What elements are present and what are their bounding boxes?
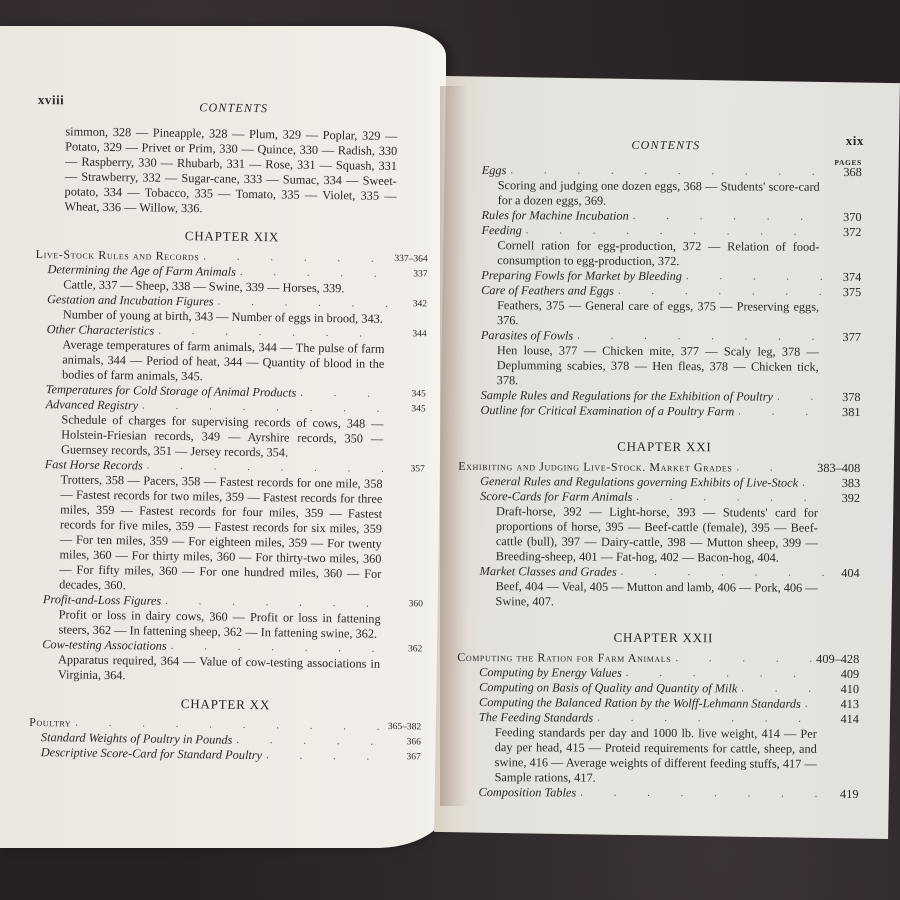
section-detail: Apparatus required, 364 — Value of cow-t… — [30, 652, 422, 687]
section-page: 345 — [392, 387, 426, 402]
toc-entry[interactable]: Outline for Critical Examination of a Po… — [468, 403, 860, 420]
section-page: 404 — [826, 566, 860, 581]
section-title: Market Classes and Grades — [468, 564, 617, 580]
section-title: Preparing Fowls for Market by Bleeding — [469, 268, 682, 284]
running-title: CONTENTS — [38, 98, 430, 118]
leader-dots: . . . . . . . . . — [622, 666, 825, 682]
section-title: Care of Feathers and Eggs — [469, 283, 614, 299]
leader-dots: . . . . — [734, 404, 826, 419]
section-title: Fast Horse Records — [33, 457, 143, 474]
leader-dots: . . — [732, 460, 817, 475]
page-range: 409–428 — [816, 652, 859, 667]
section-title: Advanced Registry — [34, 397, 139, 413]
running-title: CONTENTS — [470, 137, 862, 154]
section-page: 383 — [826, 476, 860, 491]
book-gutter — [440, 86, 468, 806]
leader-dots: . . . . . . . . . . — [617, 565, 826, 581]
section-detail: Schedule of charges for supervising reco… — [33, 412, 426, 462]
section-title: Profit-and-Loss Figures — [31, 592, 162, 609]
section-detail: Feathers, 375 — General care of eggs, 37… — [469, 298, 861, 330]
chapter-heading: CHAPTER XXII — [467, 629, 859, 646]
section-page: 366 — [387, 735, 421, 750]
section-detail: Average temperatures of farm animals, 34… — [34, 337, 427, 387]
section-page: 342 — [393, 297, 427, 312]
section-page: 409 — [825, 667, 859, 682]
running-head: CONTENTS xix — [470, 131, 862, 157]
section-page: 375 — [827, 285, 861, 300]
leader-dots: . . . . . . . . . . . . . — [573, 329, 827, 345]
chapter-heading: CHAPTER XIX — [36, 226, 428, 246]
chapter-title: Computing the Ration for Farm Animals — [457, 650, 671, 666]
section-detail: Draft-horse, 392 — Light-horse, 393 — St… — [468, 504, 860, 566]
section-title: General Rules and Regulations governing … — [468, 474, 798, 491]
section-title: Feeding — [469, 223, 521, 238]
section-page: 344 — [393, 327, 427, 342]
leader-dots: . . . . . . — [262, 748, 387, 765]
section-title: Computing the Balanced Ration by the Wol… — [467, 695, 801, 712]
left-page-contents: xviii CONTENTS simmon, 328 — Pineapple, … — [29, 92, 430, 765]
leader-dots: . . . . . . . . . . . . . . . — [522, 223, 828, 240]
leader-dots: . . . . . — [671, 651, 816, 667]
section-title: Eggs — [470, 163, 507, 178]
section-page: 368 — [828, 165, 862, 180]
section-page: 360 — [389, 597, 423, 612]
leader-dots: . — [798, 476, 826, 491]
section-title: Sample Rules and Regulations for the Exh… — [469, 388, 773, 405]
section-page: 377 — [827, 330, 861, 345]
section-detail: Trotters, 358 — Pacers, 358 — Fastest re… — [31, 472, 425, 597]
section-title: Computing by Energy Values — [467, 665, 622, 681]
section-title: Composition Tables — [466, 785, 576, 801]
chapter-title: Exhibiting and Judging Live-Stock. Marke… — [458, 459, 732, 475]
section-page: 362 — [388, 642, 422, 657]
leader-dots: . . . . . . . . . . — [593, 711, 825, 727]
section-page: 381 — [826, 405, 860, 420]
section-detail: Feeding standards per day and 1000 lb. l… — [467, 725, 859, 787]
section-title: Rules for Machine Incubation — [470, 208, 629, 224]
section-page: 367 — [387, 750, 421, 765]
leader-dots: . — [801, 697, 825, 712]
leader-dots: . . . — [737, 681, 825, 696]
section-title: The Feeding Standards — [467, 710, 593, 726]
section-title: Parasites of Fowls — [469, 328, 573, 344]
leader-dots: . . . . . . . . . . . — [632, 490, 826, 506]
section-title: Cow-testing Associations — [30, 637, 167, 654]
toc-entry[interactable]: Composition Tables . . . . . . . . . . .… — [466, 785, 858, 802]
continuation-text: simmon, 328 — Pineapple, 328 — Plum, 329… — [36, 124, 429, 219]
section-detail: Beef, 404 — Veal, 405 — Mutton and lamb,… — [467, 579, 859, 611]
right-page-contents: CONTENTS xix PAGES Eggs . . . . . . . . … — [466, 131, 861, 802]
section-detail: Hen louse, 377 — Chicken mite, 377 — Sca… — [469, 343, 861, 390]
leader-dots: . . — [773, 390, 827, 405]
section-detail: Cornell ration for egg-production, 372 —… — [469, 238, 861, 270]
section-page: 392 — [826, 491, 860, 506]
chapter-heading: CHAPTER XXI — [468, 438, 860, 455]
leader-dots: . . . . . . . — [682, 269, 827, 285]
section-page: 357 — [391, 462, 425, 477]
section-page: 374 — [827, 270, 861, 285]
section-title: Score-Cards for Farm Animals — [468, 489, 632, 505]
section-page: 414 — [825, 712, 859, 727]
section-page: 410 — [825, 682, 859, 697]
leader-dots: . . . . . — [296, 386, 392, 402]
leader-dots: . . . . . . . . . — [629, 209, 828, 225]
chapter-title: Poultry — [29, 715, 71, 731]
chapter-heading: CHAPTER XX — [29, 694, 421, 714]
page-range: 337–364 — [394, 252, 428, 267]
section-title: Outline for Critical Examination of a Po… — [468, 403, 734, 419]
leader-dots: . . . . . . . . . . . — [614, 284, 827, 300]
page-number: xix — [846, 133, 864, 148]
section-detail: Scoring and judging one dozen eggs, 368 … — [470, 178, 862, 210]
leader-dots: . . . . . . . . . . . . . . . . — [506, 163, 827, 180]
section-page: 345 — [391, 402, 425, 417]
page-range: 365–382 — [387, 720, 421, 735]
section-page: 378 — [827, 390, 861, 405]
section-page: 419 — [824, 787, 858, 802]
section-page: 372 — [827, 225, 861, 240]
section-title: Computing on Basis of Quality and Quanti… — [467, 680, 737, 696]
section-page: 413 — [825, 697, 859, 712]
leader-dots: . . . . . . . . . . . — [576, 786, 824, 802]
section-title: Other Characteristics — [35, 322, 155, 339]
section-title: Gestation and Incubation Figures — [35, 292, 214, 309]
section-page: 337 — [393, 267, 427, 282]
section-page: 370 — [828, 210, 862, 225]
page-range: 383–408 — [817, 461, 860, 476]
